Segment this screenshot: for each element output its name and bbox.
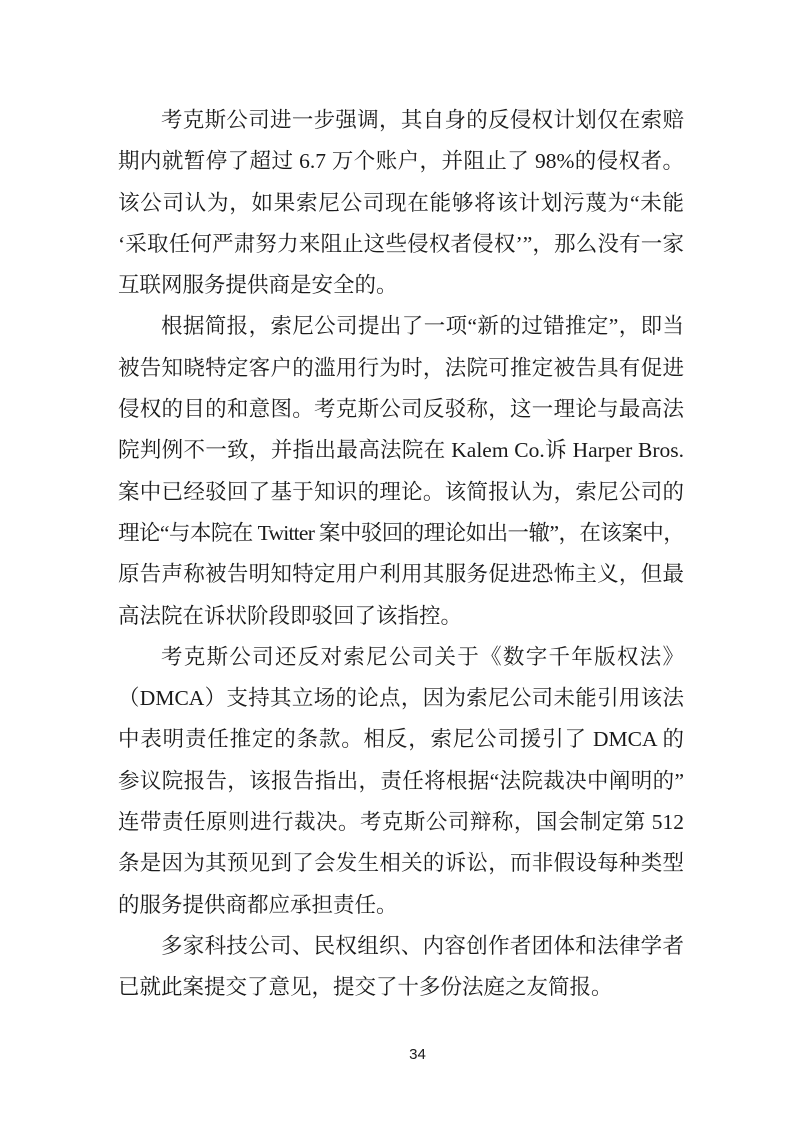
- text-line: 侵权的目的和意图。考克斯公司反驳称，这一理论与最高法: [118, 389, 684, 430]
- text-line: 参议院报告，该报告指出，责任将根据“法院裁决中阐明的”: [118, 761, 684, 802]
- text-line: ‘采取任何严肃努力来阻止这些侵权者侵权’”，那么没有一家: [118, 224, 684, 265]
- text-line: 期内就暂停了超过 6.7 万个账户，并阻止了 98%的侵权者。: [118, 141, 684, 182]
- text-line: 该公司认为，如果索尼公司现在能够将该计划污蔑为“未能: [118, 183, 684, 224]
- text-line: 连带责任原则进行裁决。考克斯公司辩称，国会制定第 512: [118, 802, 684, 843]
- text-line: 多家科技公司、民权组织、内容创作者团体和法律学者: [118, 926, 684, 967]
- text-line: 案中已经驳回了基于知识的理论。该简报认为，索尼公司的: [118, 472, 684, 513]
- document-page: 考克斯公司进一步强调，其自身的反侵权计划仅在索赔期内就暂停了超过 6.7 万个账…: [0, 0, 793, 1122]
- text-line: 条是因为其预见到了会发生相关的诉讼，而非假设每种类型: [118, 843, 684, 884]
- text-line: 互联网服务提供商是安全的。: [118, 265, 684, 306]
- text-line: 考克斯公司进一步强调，其自身的反侵权计划仅在索赔: [118, 100, 684, 141]
- text-line: 中表明责任推定的条款。相反，索尼公司援引了 DMCA 的: [118, 719, 684, 760]
- text-line: 原告声称被告明知特定用户利用其服务促进恐怖主义，但最: [118, 554, 684, 595]
- text-line: 被告知晓特定客户的滥用行为时，法院可推定被告具有促进: [118, 348, 684, 389]
- text-line: 根据简报，索尼公司提出了一项“新的过错推定”，即当: [118, 306, 684, 347]
- text-line: 高法院在诉状阶段即驳回了该指控。: [118, 596, 684, 637]
- text-line: 已就此案提交了意见，提交了十多份法庭之友简报。: [118, 967, 684, 1008]
- text-block: 考克斯公司进一步强调，其自身的反侵权计划仅在索赔期内就暂停了超过 6.7 万个账…: [118, 100, 684, 1009]
- text-line: 考克斯公司还反对索尼公司关于《数字千年版权法》: [118, 637, 684, 678]
- text-line: 院判例不一致，并指出最高法院在 Kalem Co.诉 Harper Bros.: [118, 430, 684, 471]
- text-line: （DMCA）支持其立场的论点，因为索尼公司未能引用该法: [118, 678, 684, 719]
- page-number: 34: [21, 1047, 793, 1063]
- text-line: 理论“与本院在 Twitter 案中驳回的理论如出一辙”，在该案中，: [118, 513, 684, 554]
- text-line: 的服务提供商都应承担责任。: [118, 885, 684, 926]
